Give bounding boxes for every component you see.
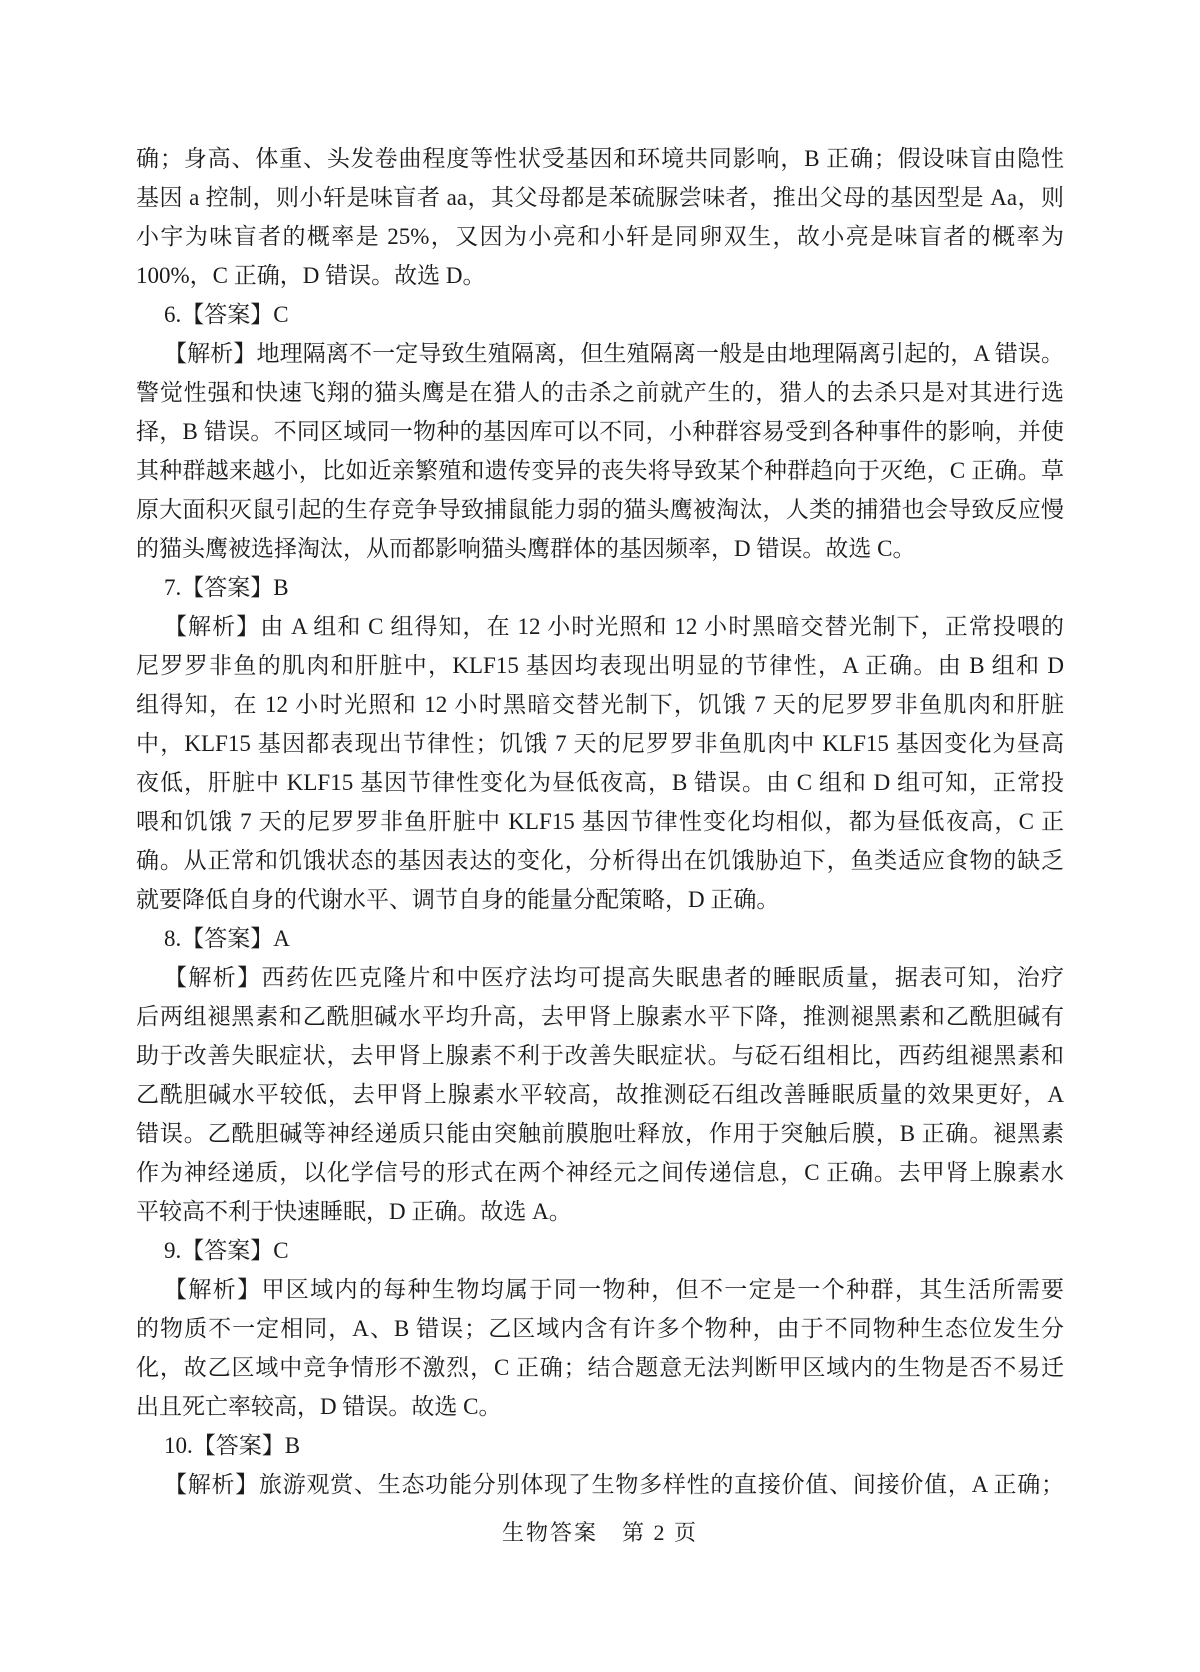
text-line: 作为神经递质，以化学信号的形式在两个神经元之间传递信息，C 正确。去甲肾上腺素水 bbox=[136, 1153, 1064, 1192]
explanation-line-q8: 【解析】西药佐匹克隆片和中医疗法均可提高失眠患者的睡眠质量，据表可知，治疗 bbox=[136, 958, 1064, 997]
explanation-line-q7: 【解析】由 A 组和 C 组得知，在 12 小时光照和 12 小时黑暗交替光制下… bbox=[136, 607, 1064, 646]
text-line: 确。从正常和饥饿状态的基因表达的变化，分析得出在饥饿胁迫下，鱼类适应食物的缺乏 bbox=[136, 841, 1064, 880]
text-line: 乙酰胆碱水平较低，去甲肾上腺素水平较高，故推测砭石组改善睡眠质量的效果更好，A bbox=[136, 1075, 1064, 1114]
text-line: 助于改善失眠症状，去甲肾上腺素不利于改善失眠症状。与砭石组相比，西药组褪黑素和 bbox=[136, 1036, 1064, 1075]
explanation-line-q6: 【解析】地理隔离不一定导致生殖隔离，但生殖隔离一般是由地理隔离引起的，A 错误。 bbox=[136, 334, 1064, 373]
text-line: 出且死亡率较高，D 错误。故选 C。 bbox=[136, 1387, 1064, 1426]
text-line: 夜低，肝脏中 KLF15 基因节律性变化为昼低夜高，B 错误。由 C 组和 D … bbox=[136, 763, 1064, 802]
text-line: 的物质不一定相同，A、B 错误；乙区域内含有许多个物种，由于不同物种生态位发生分 bbox=[136, 1309, 1064, 1348]
answer-sheet-content: 确；身高、体重、头发卷曲程度等性状受基因和环境共同影响，B 正确；假设味盲由隐性… bbox=[136, 139, 1064, 1504]
text-line: 喂和饥饿 7 天的尼罗罗非鱼肝脏中 KLF15 基因节律性变化均相似，都为昼低夜… bbox=[136, 802, 1064, 841]
text-line: 择，B 错误。不同区域同一物种的基因库可以不同，小种群容易受到各种事件的影响，并… bbox=[136, 412, 1064, 451]
text-line: 警觉性强和快速飞翔的猫头鹰是在猎人的击杀之前就产生的，猎人的去杀只是对其进行选 bbox=[136, 373, 1064, 412]
text-line: 100%，C 正确，D 错误。故选 D。 bbox=[136, 256, 1064, 295]
text-line: 尼罗罗非鱼的肌肉和肝脏中，KLF15 基因均表现出明显的节律性，A 正确。由 B… bbox=[136, 646, 1064, 685]
text-line: 确；身高、体重、头发卷曲程度等性状受基因和环境共同影响，B 正确；假设味盲由隐性 bbox=[136, 139, 1064, 178]
answer-line-q6: 6.【答案】C bbox=[136, 295, 1064, 334]
explanation-line-q10: 【解析】旅游观赏、生态功能分别体现了生物多样性的直接价值、间接价值，A 正确； bbox=[136, 1465, 1064, 1504]
answer-line-q10: 10.【答案】B bbox=[136, 1426, 1064, 1465]
page-footer: 生物答案 第 2 页 bbox=[0, 1516, 1200, 1547]
text-line: 错误。乙酰胆碱等神经递质只能由突触前膜胞吐释放，作用于突触后膜，B 正确。褪黑素 bbox=[136, 1114, 1064, 1153]
text-line: 基因 a 控制，则小轩是味盲者 aa，其父母都是苯硫脲尝味者，推出父母的基因型是… bbox=[136, 178, 1064, 217]
text-line: 后两组褪黑素和乙酰胆碱水平均升高，去甲肾上腺素水平下降，推测褪黑素和乙酰胆碱有 bbox=[136, 997, 1064, 1036]
answer-line-q9: 9.【答案】C bbox=[136, 1231, 1064, 1270]
text-line: 化，故乙区域中竞争情形不激烈，C 正确；结合题意无法判断甲区域内的生物是否不易迁 bbox=[136, 1348, 1064, 1387]
answer-line-q8: 8.【答案】A bbox=[136, 919, 1064, 958]
text-line: 原大面积灭鼠引起的生存竞争导致捕鼠能力弱的猫头鹰被淘汰，人类的捕猎也会导致反应慢 bbox=[136, 490, 1064, 529]
text-line: 平较高不利于快速睡眠，D 正确。故选 A。 bbox=[136, 1192, 1064, 1231]
explanation-line-q9: 【解析】甲区域内的每种生物均属于同一物种，但不一定是一个种群，其生活所需要 bbox=[136, 1270, 1064, 1309]
text-line: 就要降低自身的代谢水平、调节自身的能量分配策略，D 正确。 bbox=[136, 880, 1064, 919]
document-page: 确；身高、体重、头发卷曲程度等性状受基因和环境共同影响，B 正确；假设味盲由隐性… bbox=[0, 0, 1200, 1672]
text-line: 其种群越来越小，比如近亲繁殖和遗传变异的丧失将导致某个种群趋向于灭绝，C 正确。… bbox=[136, 451, 1064, 490]
answer-line-q7: 7.【答案】B bbox=[136, 568, 1064, 607]
text-line: 组得知，在 12 小时光照和 12 小时黑暗交替光制下，饥饿 7 天的尼罗罗非鱼… bbox=[136, 685, 1064, 724]
text-line: 小宇为味盲者的概率是 25%，又因为小亮和小轩是同卵双生，故小亮是味盲者的概率为 bbox=[136, 217, 1064, 256]
text-line: 的猫头鹰被选择淘汰，从而都影响猫头鹰群体的基因频率，D 错误。故选 C。 bbox=[136, 529, 1064, 568]
text-line: 中，KLF15 基因都表现出节律性；饥饿 7 天的尼罗罗非鱼肌肉中 KLF15 … bbox=[136, 724, 1064, 763]
footer-text: 生物答案 第 2 页 bbox=[502, 1520, 698, 1545]
